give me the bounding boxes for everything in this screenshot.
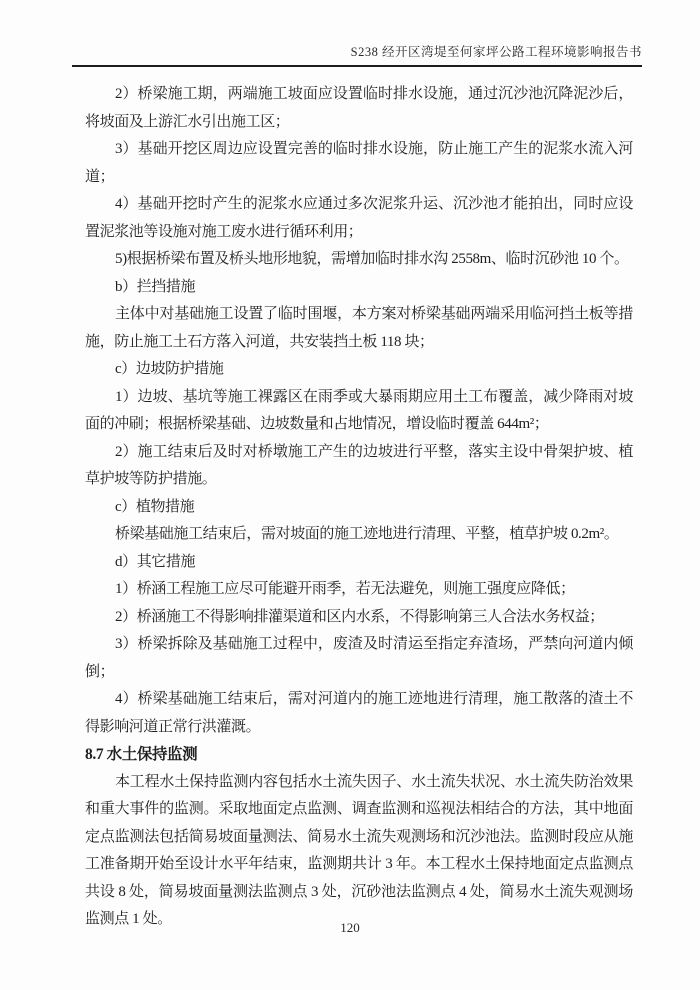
paragraph: b）拦挡措施 — [85, 274, 633, 302]
page-number: 120 — [340, 920, 360, 935]
paragraph: 2）桥梁施工期，两端施工坡面应设置临时排水设施，通过沉沙池沉降泥沙后，将坡面及上… — [85, 81, 633, 136]
paragraph: 5)根据桥梁布置及桥头地形地貌，需增加临时排水沟 2558m、临时沉砂池 10 … — [85, 246, 633, 274]
paragraph: 桥梁基础施工结束后，需对坡面的施工迹地进行清理、平整，植草护坡 0.2m²。 — [85, 521, 633, 549]
paragraph: 4）基础开挖时产生的泥浆水应通过多次泥浆升运、沉沙池才能拍出，同时应设置泥浆池等… — [85, 191, 633, 246]
paragraph: 本工程水土保持监测内容包括水土流失因子、水土流失状况、水土流失防治效果和重大事件… — [85, 769, 633, 934]
document-body: 2）桥梁施工期，两端施工坡面应设置临时排水设施，通过沉沙池沉降泥沙后，将坡面及上… — [85, 81, 633, 934]
paragraph: 2）桥涵施工不得影响排灌渠道和区内水系，不得影响第三人合法水务权益； — [85, 604, 633, 632]
paragraph: c）植物措施 — [85, 494, 633, 522]
paragraph: d）其它措施 — [85, 549, 633, 577]
paragraph: 1）边坡、基坑等施工裸露区在雨季或大暴雨期应用土工布覆盖，减少降雨对坡面的冲刷；… — [85, 384, 633, 439]
document-page: S238 经开区湾堤至何家坪公路工程环境影响报告书 2）桥梁施工期，两端施工坡面… — [0, 0, 700, 990]
paragraph: 2）施工结束后及时对桥墩施工产生的边坡进行平整，落实主设中骨架护坡、植草护坡等防… — [85, 439, 633, 494]
paragraph: 3）基础开挖区周边应设置完善的临时排水设施，防止施工产生的泥浆水流入河道； — [85, 136, 633, 191]
paragraph: c）边坡防护措施 — [85, 356, 633, 384]
paragraph: 3）桥梁拆除及基础施工过程中，废渣及时清运至指定弃渣场，严禁向河道内倾倒； — [85, 631, 633, 686]
page-header: S238 经开区湾堤至何家坪公路工程环境影响报告书 — [72, 42, 642, 67]
paragraph: 1）桥涵工程施工应尽可能避开雨季，若无法避免，则施工强度应降低； — [85, 576, 633, 604]
header-title: S238 经开区湾堤至何家坪公路工程环境影响报告书 — [351, 45, 642, 59]
paragraph: 4）桥梁基础施工结束后，需对河道内的施工迹地进行清理，施工散落的渣土不得影响河道… — [85, 686, 633, 741]
paragraph: 主体中对基础施工设置了临时围堰，本方案对桥梁基础两端采用临河挡土板等措施，防止施… — [85, 301, 633, 356]
section-heading: 8.7 水土保持监测 — [85, 741, 633, 769]
page-footer: 120 — [0, 920, 700, 936]
